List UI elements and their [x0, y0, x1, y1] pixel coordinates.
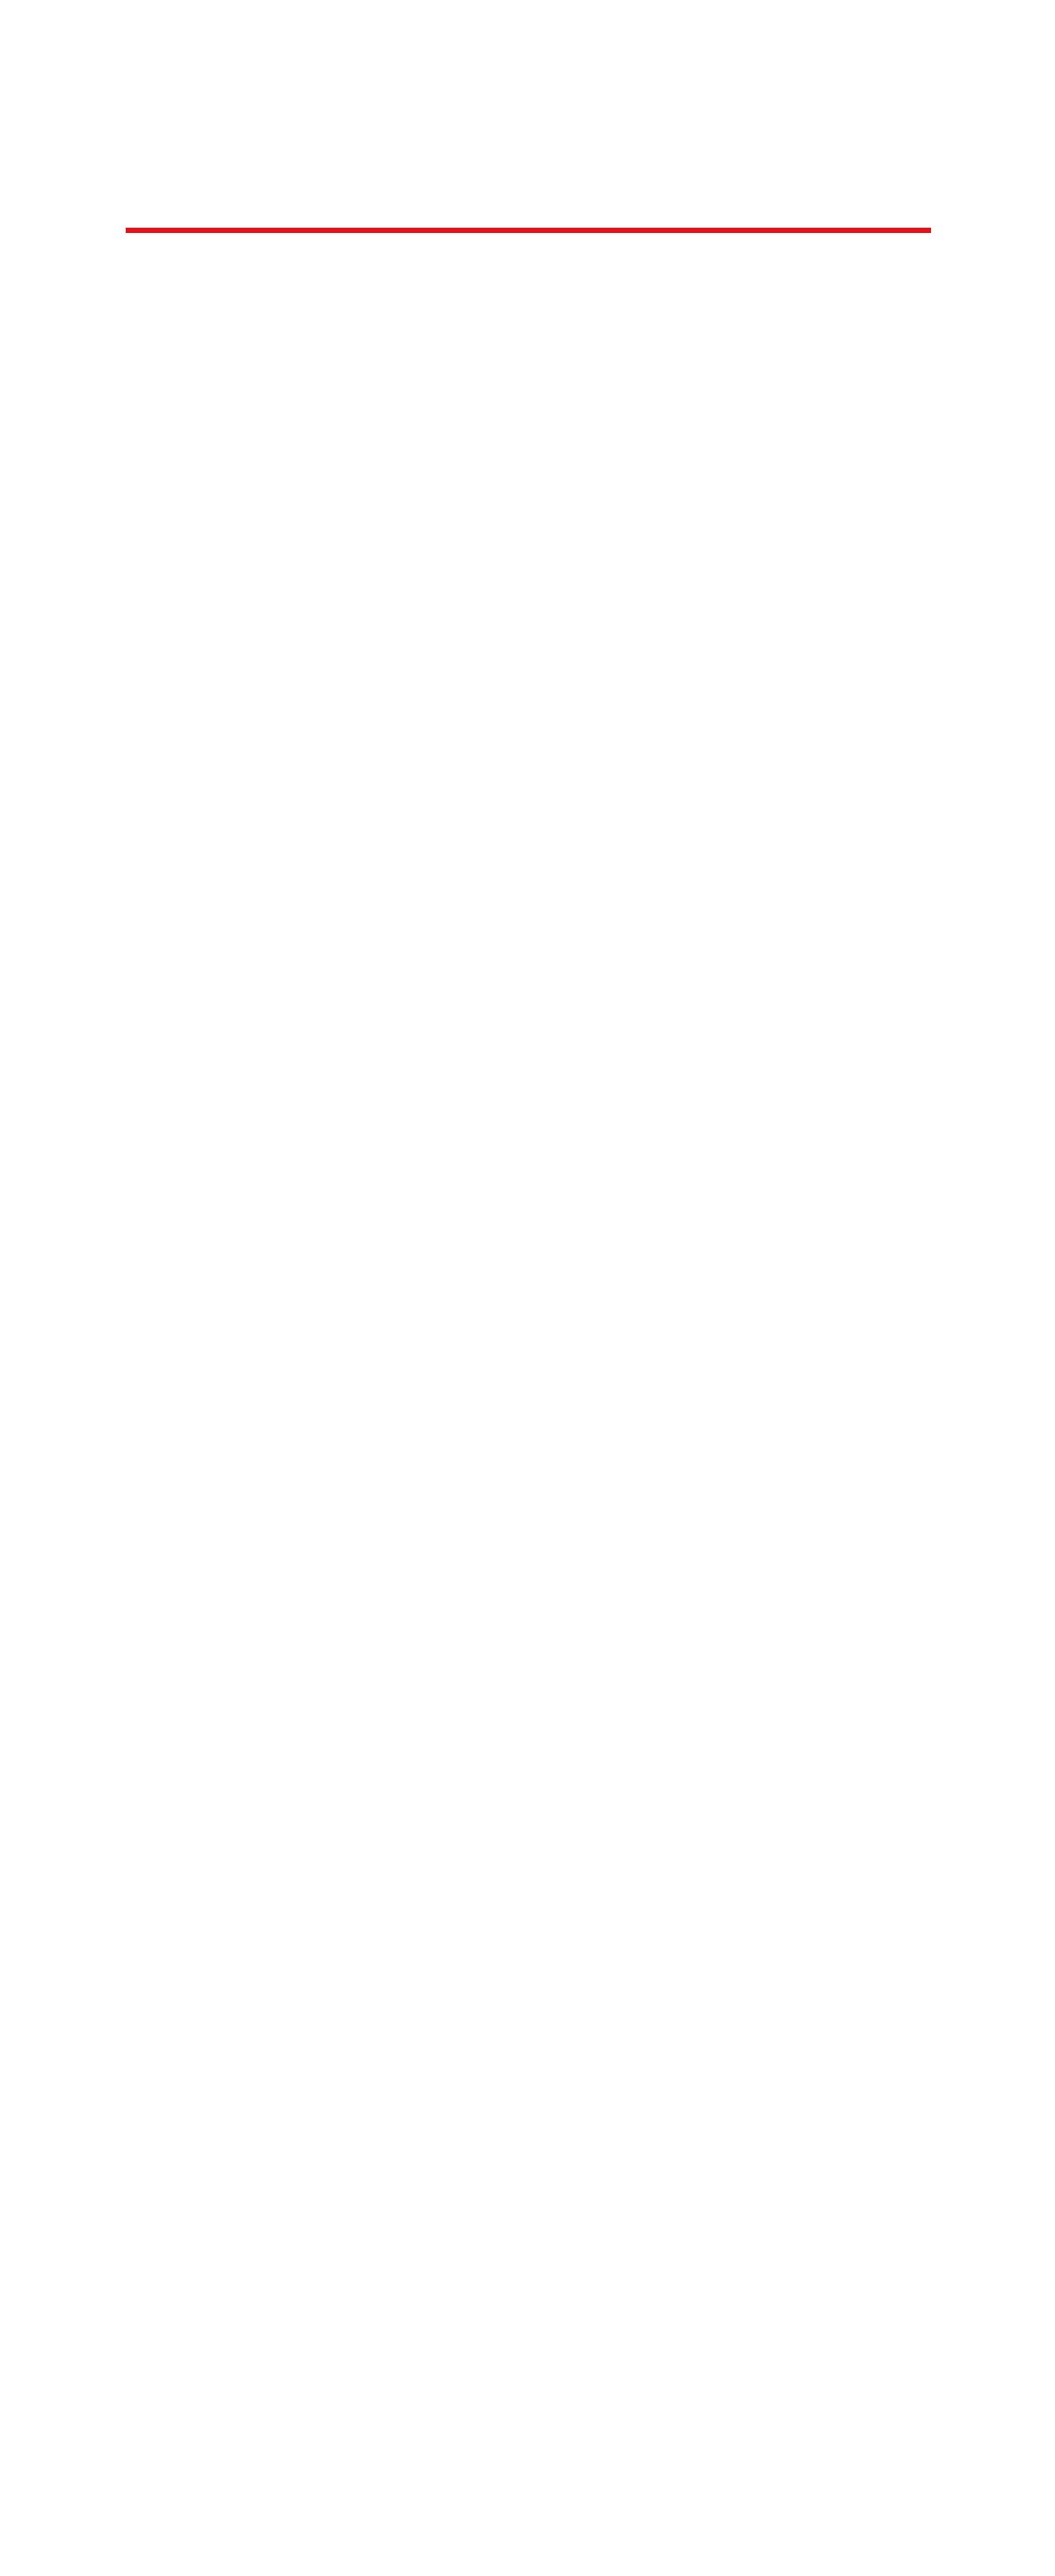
letterhead-divider [126, 228, 931, 233]
